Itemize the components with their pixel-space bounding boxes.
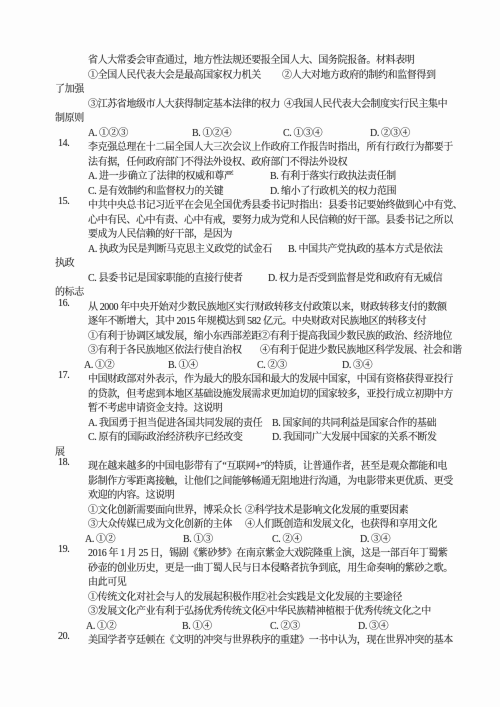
text-line: 法有据，任何政府部门不得法外设权、政府部门不得法外设权 xyxy=(0,152,500,167)
text-line: ③大众传媒已成为文化创新的主体④人们既创造和发展文化，也获得和享用文化 xyxy=(0,514,500,529)
text-line: 的贷款，但考虑到本地区基础设施发展需求更加迫切的国家较多，亚投行成立初期中方 xyxy=(0,384,500,399)
exam-page: 省人大常委会审查通过，地方性法规还要报全国人大、国务院报备。材料表明①全国人民代… xyxy=(0,0,500,707)
text-line: A. 进一步确立了法律的权威和尊严B. 有利于落实行政执法责任制 xyxy=(0,166,500,181)
text-line: 影制作方零距离接触，让他们之间能够畅通无阻地进行沟通，为电影带来更优质、更受 xyxy=(0,471,500,486)
text-segment: 美国学者亨廷顿在《文明的冲突与世界秩序的重建》一书中认为，现在世界冲突的基本 xyxy=(88,631,453,646)
text-line: 了加强 xyxy=(0,79,500,94)
text-line: ③江苏省地级市人大获得制定基本法律的权力④我国人民代表大会制度实行民主集中 xyxy=(0,94,500,109)
text-line: A. ①②③B. ①②④C. ①③④D. ②③④ xyxy=(0,123,500,138)
text-line: 欢迎的内容。这说明 xyxy=(0,485,500,500)
text-line: 心中有民、心中有责、心中有戒，要努力成为党和人民信赖的好干部。县委书记之所以 xyxy=(0,210,500,225)
text-line: 15.中共中央总书记习近平在会见全国优秀县委书记时指出：县委书记要始终做到心中有… xyxy=(0,195,500,210)
text-line: ①有利于协调区域发展，缩小东西部差距②有利于提高我国少数民族的政治、经济地位 xyxy=(0,326,500,341)
text-line: 16.从 2000 年中央开始对少数民族地区实行财政转移支付政策以来，财政转移支… xyxy=(0,297,500,312)
text-line: 的标志 xyxy=(0,282,500,297)
text-segment: 15. xyxy=(58,196,69,207)
text-segment: 17. xyxy=(58,370,69,381)
text-line: 19.2016 年 1 月 25 日，锡剧《紫砂梦》在南京紫金大戏院隆重上演，这… xyxy=(0,543,500,558)
text-segment: 14. xyxy=(58,138,69,149)
text-line: 制原则 xyxy=(0,108,500,123)
text-line: 砂壶的创业历史，更是一曲丁蜀人民与日本侵略者抗争到底，用生命奏响的紫砂之歌。 xyxy=(0,558,500,573)
text-line: 逐年不断增大，其中 2015 年规模达到 582 亿元。中央财政对民族地区的转移… xyxy=(0,311,500,326)
text-line: 暂不考虑申请资金支持。这说明 xyxy=(0,398,500,413)
text-line: 要成为人民信赖的好干部，是因为 xyxy=(0,224,500,239)
text-line: 17.中国财政部对外表示，作为最大的股东国和最大的发展中国家，中国有资格获得亚投… xyxy=(0,369,500,384)
text-line: 由此可见 xyxy=(0,572,500,587)
text-line: A. ①②B. ①④C. ②③D. ③④ xyxy=(0,355,500,370)
text-line: A. 我国勇于担当促进各国共同发展的责任B. 国家间的共同利益是国家合作的基础 xyxy=(0,413,500,428)
text-segment: 19. xyxy=(58,544,69,555)
text-line: 18.现在越来越多的中国电影带有了“互联网+”的特质，让普通作者，甚至是观众都能… xyxy=(0,456,500,471)
text-line: 14.李克强总理在十二届全国人大三次会议上作政府工作报告时指出，所有行政行为都要… xyxy=(0,137,500,152)
text-line: ①传统文化对社会与人的发展起积极作用②社会实践是文化发展的主要途径 xyxy=(0,587,500,602)
text-line: C. 县委书记是国家职能的直接行使者D. 权力是否受到监督是党和政府有无威信 xyxy=(0,268,500,283)
text-line: C. 原有的国际政治经济秩序已经改变D. 我国同广大发展中国家的关系不断发 xyxy=(0,427,500,442)
text-line: 省人大常委会审查通过，地方性法规还要报全国人大、国务院报备。材料表明 xyxy=(0,50,500,65)
text-line: 执政 xyxy=(0,253,500,268)
text-line: ①文化创新需要面向世界，博采众长②科学技术是影响文化发展的重要因素 xyxy=(0,500,500,515)
text-line: ③有利于各民族地区依法行使自治权④有利于促进少数民族地区科学发展、社会和谐 xyxy=(0,340,500,355)
text-line: A. ①②B. ①④C. ②③D. ③④ xyxy=(0,616,500,631)
text-segment: 16. xyxy=(58,298,69,309)
text-segment: 20. xyxy=(58,631,69,642)
text-line: A. ①②B. ①③C. ②④D. ③④ xyxy=(0,529,500,544)
text-line: C. 是有效制约和监督权力的关键D. 缩小了行政机关的权力范围 xyxy=(0,181,500,196)
text-line: A. 执政为民是判断马克思主义政党的试金石B. 中国共产党执政的基本方式是依法 xyxy=(0,239,500,254)
text-line: ①全国人民代表大会是最高国家权力机关②人大对地方政府的制约和监督得到 xyxy=(0,65,500,80)
text-line: ③发展文化产业有利于弘扬优秀传统文化④中华民族精神植根于优秀传统文化之中 xyxy=(0,601,500,616)
text-line: 展 xyxy=(0,442,500,457)
text-line: 20.美国学者亨廷顿在《文明的冲突与世界秩序的重建》一书中认为，现在世界冲突的基… xyxy=(0,630,500,645)
text-segment: 18. xyxy=(58,457,69,468)
